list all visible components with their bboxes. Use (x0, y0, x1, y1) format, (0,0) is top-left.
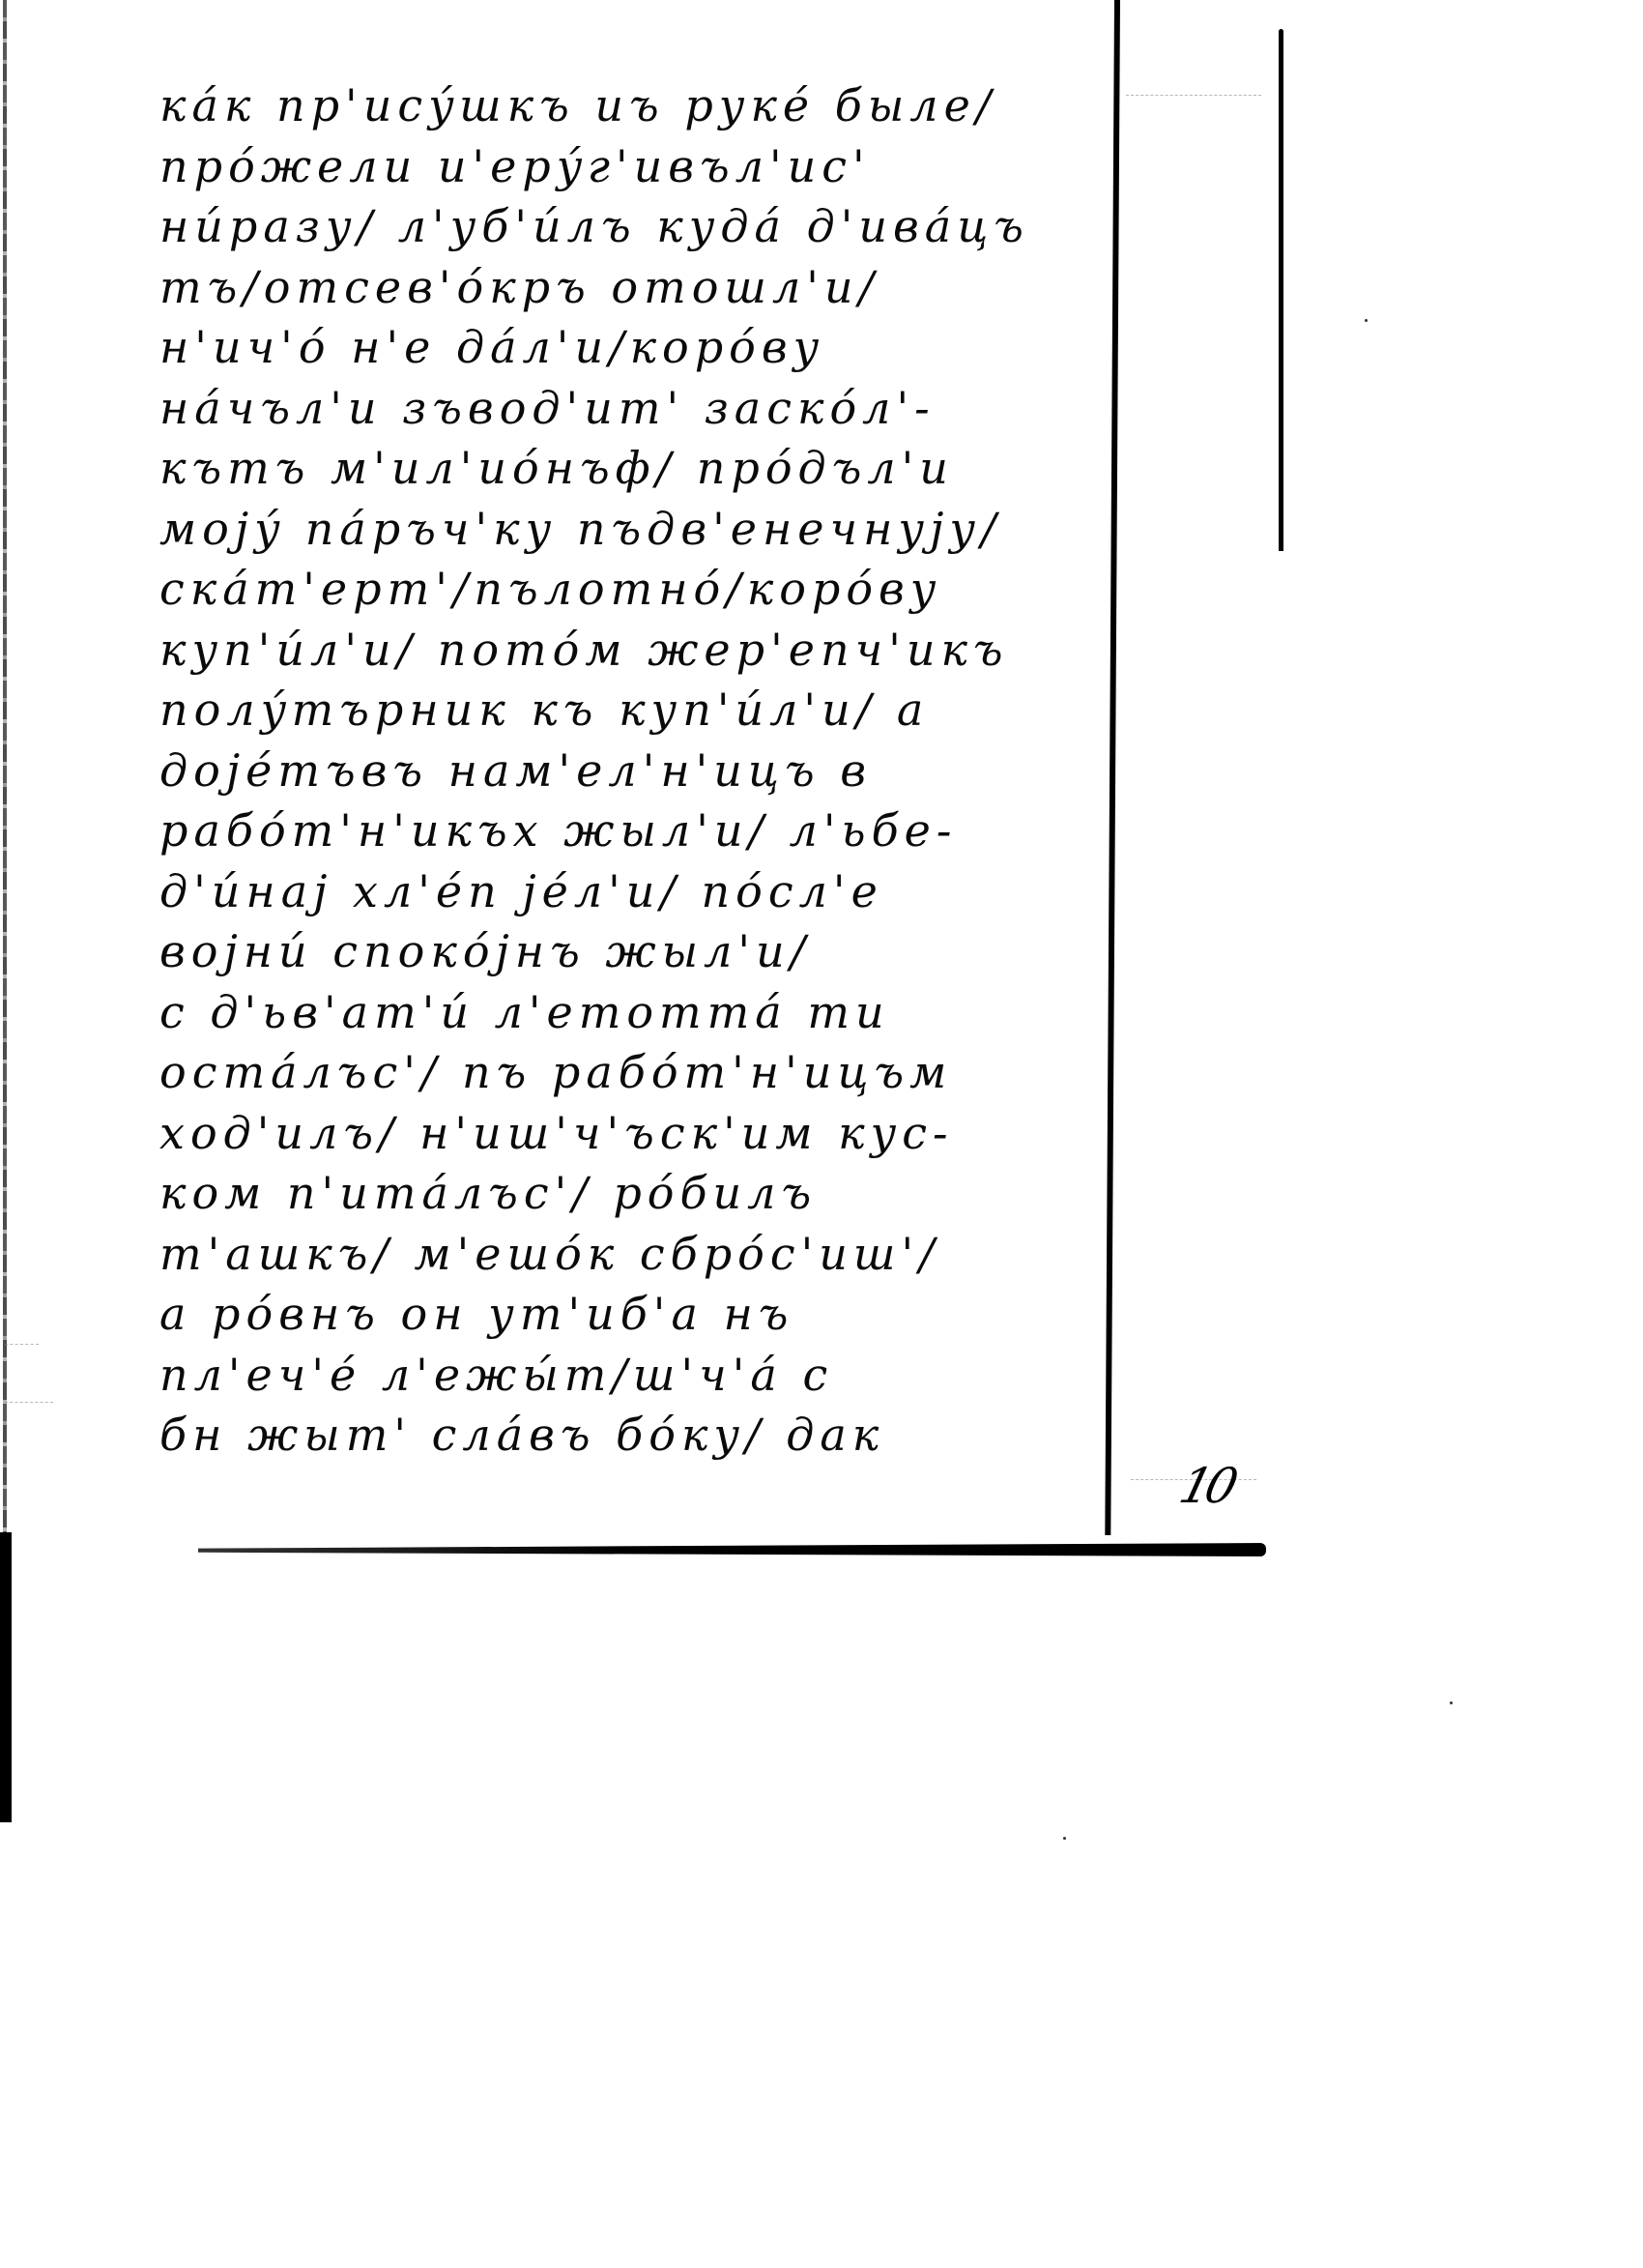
text-line-8: мојý пáръч'ку пъдв'енечнују/ (159, 499, 1126, 560)
text-line-22: пл'еч'é л'ежы́т/ш'ч'á с (159, 1345, 1126, 1406)
text-line-16: с д'ьв'ат'и́ л'етоттá ти (159, 982, 1126, 1043)
faint-dash (5, 1344, 39, 1346)
text-line-7: кътъ м'ил'иóнъф/ прóдъл'и (159, 438, 1126, 499)
scan-edge-left-dark (0, 1532, 12, 1822)
text-line-12: дојéтъвъ нам'ел'н'ицъ в (159, 741, 1126, 801)
text-line-13: рабóт'н'икъх жыл'и/ л'ьбе- (159, 800, 1126, 861)
faint-dash (5, 1402, 53, 1404)
text-line-18: ход'илъ/ н'иш'ч'ъск'им кус- (159, 1103, 1126, 1164)
text-line-11: полýтърник къ куп'и́л'и/ а (159, 680, 1126, 741)
text-line-3: ни́разу/ л'уб'и́лъ кудá д'ивáцъ (159, 196, 1126, 257)
right-edge-rule (1279, 29, 1283, 551)
text-line-23: бн жыт' слáвъ бóку/ дак (159, 1405, 1126, 1466)
text-line-10: куп'и́л'и/ потóм жер'епч'икъ (159, 620, 1126, 681)
text-line-5: н'ич'ó н'е дáл'и/корóву (159, 317, 1126, 378)
text-line-9: скáт'ерт'/пълотнó/корóву (159, 559, 1126, 620)
text-line-20: т'ашкъ/ м'ешóк сбрóс'иш'/ (159, 1224, 1126, 1285)
scan-edge-left (3, 0, 7, 1532)
handwritten-text-block: ка́к пр'исýшкъ иъ рукé быле/ про́жели и'… (159, 75, 1126, 1466)
faint-dash (1126, 95, 1261, 97)
scan-speck (1450, 1701, 1453, 1704)
scan-speck (1063, 1837, 1066, 1840)
text-line-19: ком п'итáлъс'/ рóбилъ (159, 1163, 1126, 1224)
text-line-1: ка́к пр'исýшкъ иъ рукé быле/ (159, 75, 1126, 136)
bottom-rule (198, 1543, 1266, 1556)
text-line-6: нáчъл'и зъвод'ит' заско́л'- (159, 378, 1126, 439)
text-line-21: а рóвнъ он ут'иб'а нъ (159, 1284, 1126, 1345)
text-line-17: остáлъс'/ пъ рабóт'н'ицъм (159, 1042, 1126, 1103)
text-line-2: про́жели и'ерýг'ивъл'ис' (159, 136, 1126, 197)
text-line-14: д'и́нај хл'éп јéл'и/ пóсл'е (159, 861, 1126, 922)
scan-speck (1365, 319, 1368, 322)
text-line-15: војни́ спокóјнъ жыл'и/ (159, 921, 1126, 982)
scanned-page: ка́к пр'исýшкъ иъ рукé быле/ про́жели и'… (0, 0, 1643, 2268)
text-line-4: тъ/отсев'óкръ отошл'и/ (159, 257, 1126, 318)
page-number: 10 (1174, 1458, 1238, 1514)
